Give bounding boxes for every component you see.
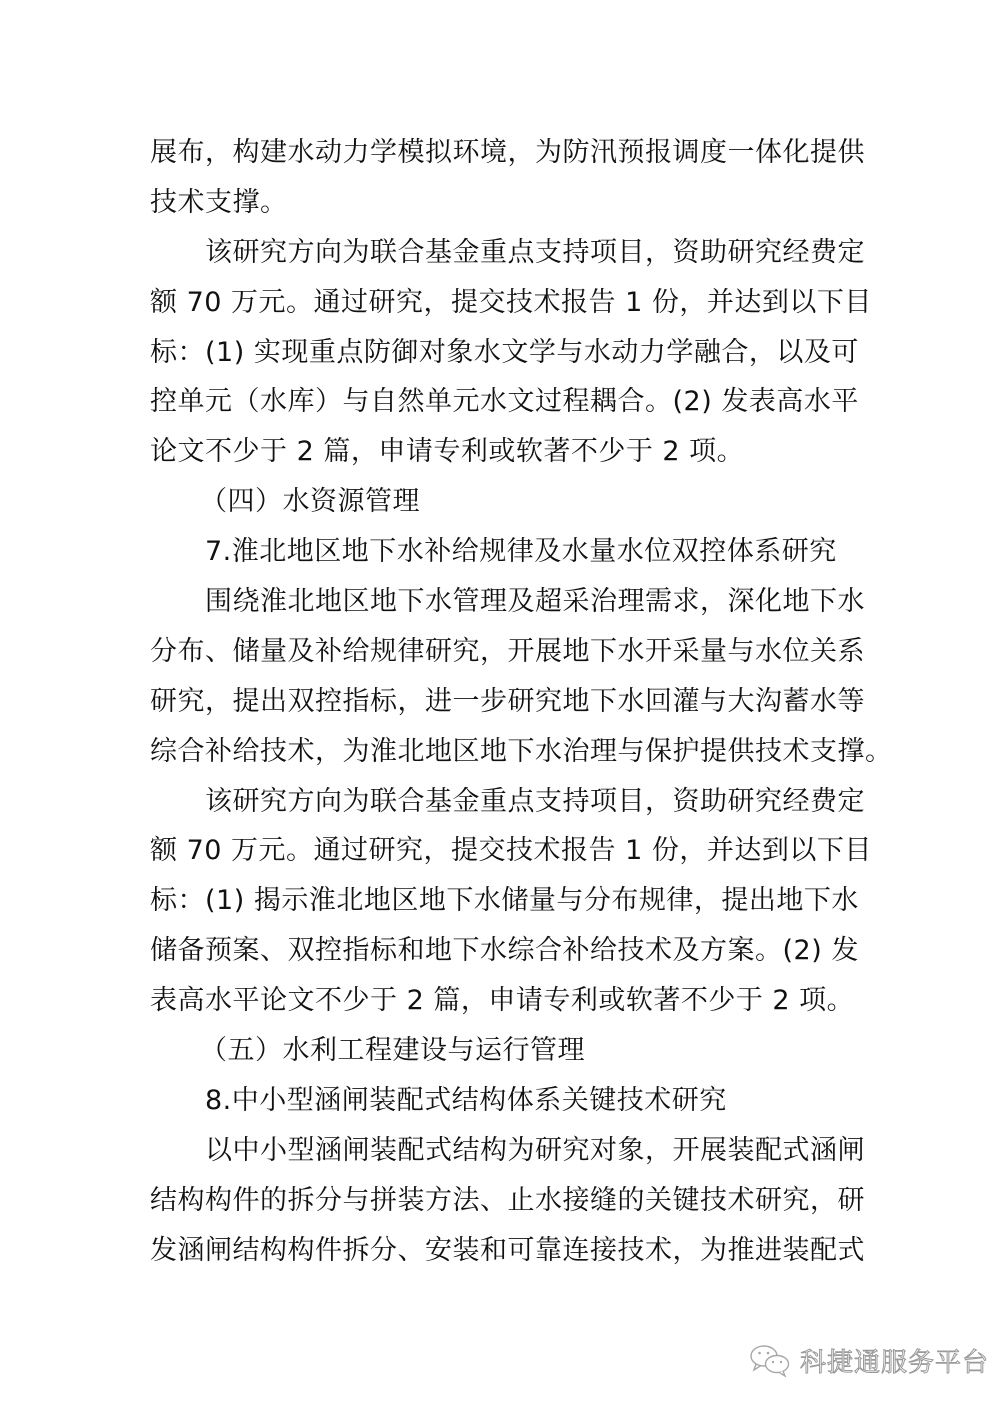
text-line: 论文不少于 2 篇，申请专利或软著不少于 2 项。 [150,427,850,477]
paragraph-first-line: 围绕淮北地区地下水管理及超采治理需求，深化地下水 [150,577,850,627]
item-title-8: 8.中小型涵闸装配式结构体系关键技术研究 [150,1076,850,1126]
text-line: 储备预案、双控指标和地下水综合补给技术及方案。(2) 发 [150,926,850,976]
document-page: 展布，构建水动力学模拟环境，为防汛预报调度一体化提供 技术支撑。 该研究方向为联… [150,128,850,1275]
watermark-text: 科捷通服务平台 [800,1342,989,1379]
text-line: 发涵闸结构构件拆分、安装和可靠连接技术，为推进装配式 [150,1226,850,1276]
paragraph-first-line: 该研究方向为联合基金重点支持项目，资助研究经费定 [150,228,850,278]
text-line: 标：(1) 实现重点防御对象水文学与水动力学融合，以及可 [150,328,850,378]
paragraph-first-line: 该研究方向为联合基金重点支持项目，资助研究经费定 [150,777,850,827]
text-line: 综合补给技术，为淮北地区地下水治理与保护提供技术支撑。 [150,727,850,777]
section-heading-construction: （五）水利工程建设与运行管理 [150,1026,850,1076]
text-line: 展布，构建水动力学模拟环境，为防汛预报调度一体化提供 [150,128,850,178]
item-title-7: 7.淮北地区地下水补给规律及水量水位双控体系研究 [150,527,850,577]
text-line: 分布、储量及补给规律研究，开展地下水开采量与水位关系 [150,627,850,677]
text-line: 额 70 万元。通过研究，提交技术报告 1 份，并达到以下目 [150,278,850,328]
text-line: 控单元（水库）与自然单元水文过程耦合。(2) 发表高水平 [150,377,850,427]
text-line: 结构构件的拆分与拼装方法、止水接缝的关键技术研究，研 [150,1176,850,1226]
text-line: 额 70 万元。通过研究，提交技术报告 1 份，并达到以下目 [150,826,850,876]
watermark: 科捷通服务平台 [748,1338,989,1382]
text-line: 表高水平论文不少于 2 篇，申请专利或软著不少于 2 项。 [150,976,850,1026]
text-line: 技术支撑。 [150,178,850,228]
text-line: 研究，提出双控指标，进一步研究地下水回灌与大沟蓄水等 [150,677,850,727]
wechat-icon [748,1342,792,1378]
paragraph-first-line: 以中小型涵闸装配式结构为研究对象，开展装配式涵闸 [150,1126,850,1176]
section-heading-water-resources: （四）水资源管理 [150,477,850,527]
text-line: 标：(1) 揭示淮北地区地下水储量与分布规律，提出地下水 [150,876,850,926]
